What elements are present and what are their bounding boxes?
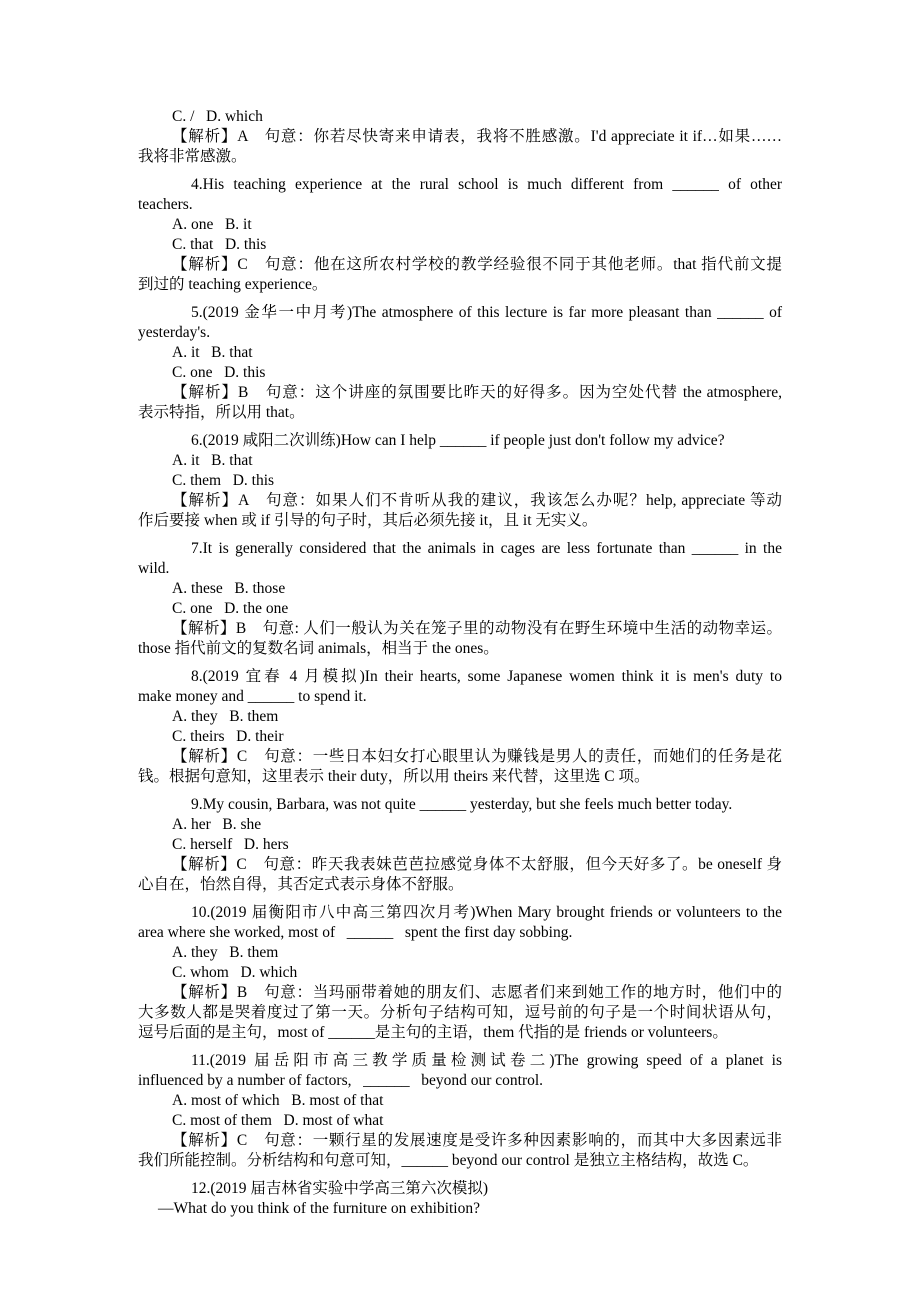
text-line: C. whom D. which (138, 963, 782, 983)
document-body: C. / D. which【解析】A 句意：你若尽快寄来申请表，我将不胜感激。I… (138, 107, 782, 1219)
text-line: A. they B. them (138, 943, 782, 963)
q7-analysis: 【解析】B 句意: 人们一般认为关在笼子里的动物没有在野生环境中生活的动物幸运。… (138, 619, 782, 659)
text-line: 逗号后面的是主句，most of ______是主句的主语，them 代指的是 … (138, 1023, 782, 1043)
q8-stem: 8.(2019 宜春 4 月模拟)In their hearts, some J… (138, 667, 782, 707)
text-line: 7.It is generally considered that the an… (138, 539, 782, 559)
q6-options-ab: A. it B. that (138, 451, 782, 471)
q9-analysis: 【解析】C 句意：昨天我表妹芭芭拉感觉身体不太舒服，但今天好多了。be ones… (138, 855, 782, 895)
text-line: C. that D. this (138, 235, 782, 255)
q12-stem: 12.(2019 届吉林省实验中学高三第六次模拟) (138, 1179, 782, 1199)
q11-stem: 11.(2019 届岳阳市高三教学质量检测试卷二)The growing spe… (138, 1051, 782, 1091)
text-line: 12.(2019 届吉林省实验中学高三第六次模拟) (138, 1179, 782, 1199)
text-line: C. one D. the one (138, 599, 782, 619)
text-line: 9.My cousin, Barbara, was not quite ____… (138, 795, 782, 815)
text-line: C. them D. this (138, 471, 782, 491)
text-line: A. it B. that (138, 451, 782, 471)
q10-options-ab: A. they B. them (138, 943, 782, 963)
q11-options-ab: A. most of which B. most of that (138, 1091, 782, 1111)
q12-dialog-line1: —What do you think of the furniture on e… (138, 1199, 782, 1219)
q8-options-ab: A. they B. them (138, 707, 782, 727)
text-line: 我将非常感激。 (138, 147, 782, 167)
text-line: A. one B. it (138, 215, 782, 235)
q4-analysis: 【解析】C 句意：他在这所农村学校的教学经验很不同于其他老师。that 指代前文… (138, 255, 782, 295)
text-line: 【解析】A 句意：如果人们不肯听从我的建议，我该怎么办呢？help, appre… (138, 491, 782, 511)
text-line: 【解析】B 句意：当玛丽带着她的朋友们、志愿者们来到她工作的地方时，他们中的 (138, 983, 782, 1003)
text-line: area where she worked, most of ______ sp… (138, 923, 782, 943)
q3-analysis: 【解析】A 句意：你若尽快寄来申请表，我将不胜感激。I'd appreciate… (138, 127, 782, 167)
text-line: A. most of which B. most of that (138, 1091, 782, 1111)
text-line: —What do you think of the furniture on e… (138, 1199, 782, 1219)
text-line: yesterday's. (138, 323, 782, 343)
text-line: 作后要接 when 或 if 引导的句子时，其后必须先接 it，且 it 无实义… (138, 511, 782, 531)
text-line: C. / D. which (138, 107, 782, 127)
text-line: 【解析】B 句意：这个讲座的氛围要比昨天的好得多。因为空处代替 the atmo… (138, 383, 782, 403)
text-line: 4.His teaching experience at the rural s… (138, 175, 782, 195)
text-line: 到过的 teaching experience。 (138, 275, 782, 295)
text-line: C. most of them D. most of what (138, 1111, 782, 1131)
q10-options-cd: C. whom D. which (138, 963, 782, 983)
q10-analysis: 【解析】B 句意：当玛丽带着她的朋友们、志愿者们来到她工作的地方时，他们中的大多… (138, 983, 782, 1043)
q6-options-cd: C. them D. this (138, 471, 782, 491)
q7-stem: 7.It is generally considered that the an… (138, 539, 782, 579)
q4-options-ab: A. one B. it (138, 215, 782, 235)
text-line: teachers. (138, 195, 782, 215)
q5-options-cd: C. one D. this (138, 363, 782, 383)
text-line: 【解析】C 句意：一颗行星的发展速度是受许多种因素影响的，而其中大多因素远非 (138, 1131, 782, 1151)
q6-stem: 6.(2019 咸阳二次训练)How can I help ______ if … (138, 431, 782, 451)
text-line: 8.(2019 宜春 4 月模拟)In their hearts, some J… (138, 667, 782, 687)
q11-analysis: 【解析】C 句意：一颗行星的发展速度是受许多种因素影响的，而其中大多因素远非我们… (138, 1131, 782, 1171)
text-line: those 指代前文的复数名词 animals，相当于 the ones。 (138, 639, 782, 659)
q9-options-ab: A. her B. she (138, 815, 782, 835)
text-line: 表示特指，所以用 that。 (138, 403, 782, 423)
text-line: 心自在，怡然自得，其否定式表示身体不舒服。 (138, 875, 782, 895)
text-line: make money and ______ to spend it. (138, 687, 782, 707)
text-line: 10.(2019 届衡阳市八中高三第四次月考)When Mary brought… (138, 903, 782, 923)
text-line: A. it B. that (138, 343, 782, 363)
text-line: 我们所能控制。分析结构和句意可知，______ beyond our contr… (138, 1151, 782, 1171)
text-line: 【解析】C 句意：一些日本妇女打心眼里认为赚钱是男人的责任，而她们的任务是花 (138, 747, 782, 767)
text-line: wild. (138, 559, 782, 579)
text-line: 钱。根据句意知，这里表示 their duty，所以用 theirs 来代替，这… (138, 767, 782, 787)
text-line: A. her B. she (138, 815, 782, 835)
text-line: C. herself D. hers (138, 835, 782, 855)
q6-analysis: 【解析】A 句意：如果人们不肯听从我的建议，我该怎么办呢？help, appre… (138, 491, 782, 531)
q11-options-cd: C. most of them D. most of what (138, 1111, 782, 1131)
q8-options-cd: C. theirs D. their (138, 727, 782, 747)
text-line: A. these B. those (138, 579, 782, 599)
q7-options-cd: C. one D. the one (138, 599, 782, 619)
text-line: 【解析】B 句意: 人们一般认为关在笼子里的动物没有在野生环境中生活的动物幸运。 (138, 619, 782, 639)
text-line: A. they B. them (138, 707, 782, 727)
text-line: C. one D. this (138, 363, 782, 383)
text-line: 5.(2019 金华一中月考)The atmosphere of this le… (138, 303, 782, 323)
text-line: 【解析】A 句意：你若尽快寄来申请表，我将不胜感激。I'd appreciate… (138, 127, 782, 147)
q5-stem: 5.(2019 金华一中月考)The atmosphere of this le… (138, 303, 782, 343)
text-line: 【解析】C 句意：他在这所农村学校的教学经验很不同于其他老师。that 指代前文… (138, 255, 782, 275)
q4-stem: 4.His teaching experience at the rural s… (138, 175, 782, 215)
q5-options-ab: A. it B. that (138, 343, 782, 363)
document-page: C. / D. which【解析】A 句意：你若尽快寄来申请表，我将不胜感激。I… (0, 0, 920, 1302)
q10-stem: 10.(2019 届衡阳市八中高三第四次月考)When Mary brought… (138, 903, 782, 943)
text-line: 11.(2019 届岳阳市高三教学质量检测试卷二)The growing spe… (138, 1051, 782, 1071)
text-line: influenced by a number of factors, _____… (138, 1071, 782, 1091)
q9-stem: 9.My cousin, Barbara, was not quite ____… (138, 795, 782, 815)
text-line: 【解析】C 句意：昨天我表妹芭芭拉感觉身体不太舒服，但今天好多了。be ones… (138, 855, 782, 875)
text-line: 大多数人都是哭着度过了第一天。分析句子结构可知，逗号前的句子是一个时间状语从句， (138, 1003, 782, 1023)
q9-options-cd: C. herself D. hers (138, 835, 782, 855)
q4-options-cd: C. that D. this (138, 235, 782, 255)
q3-options-cd: C. / D. which (138, 107, 782, 127)
text-line: 6.(2019 咸阳二次训练)How can I help ______ if … (138, 431, 782, 451)
text-line: C. theirs D. their (138, 727, 782, 747)
q5-analysis: 【解析】B 句意：这个讲座的氛围要比昨天的好得多。因为空处代替 the atmo… (138, 383, 782, 423)
q7-options-ab: A. these B. those (138, 579, 782, 599)
q8-analysis: 【解析】C 句意：一些日本妇女打心眼里认为赚钱是男人的责任，而她们的任务是花钱。… (138, 747, 782, 787)
